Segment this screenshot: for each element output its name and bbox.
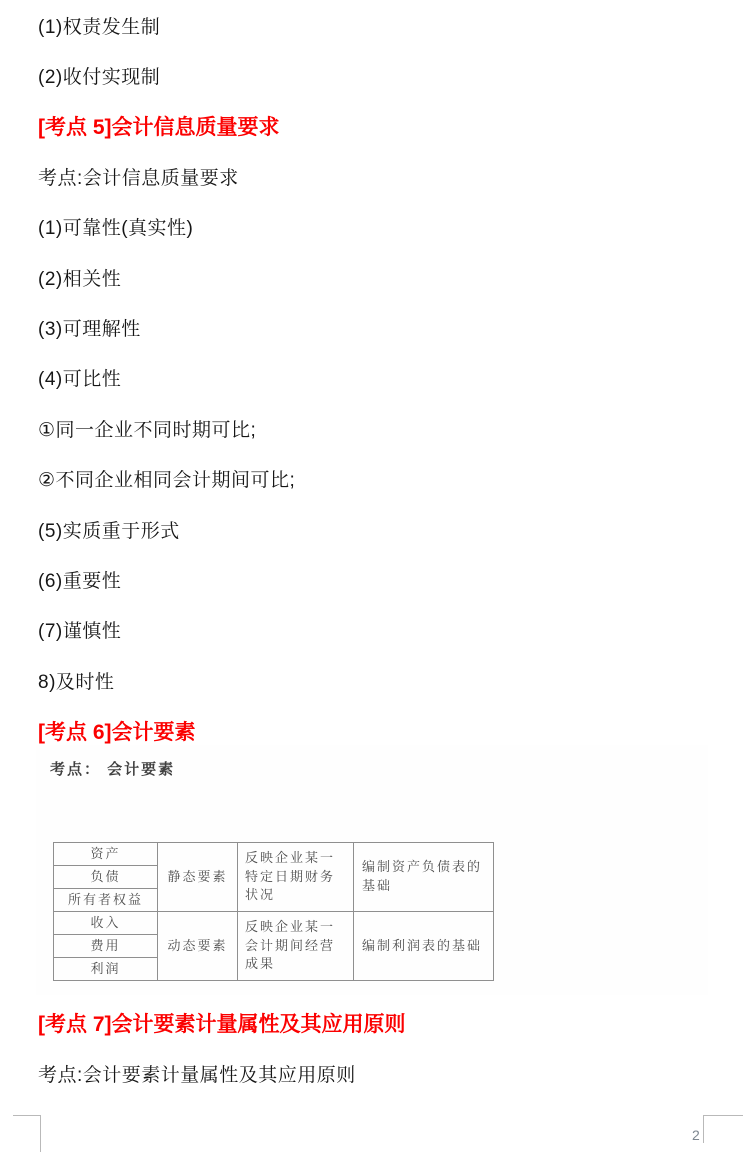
table-cell-revenue: 收入 (54, 912, 158, 935)
table-cell-expense: 费用 (54, 935, 158, 958)
paragraph-understandability: (3)可理解性 (0, 302, 744, 352)
paragraph-comparability: (4)可比性 (0, 353, 744, 403)
figure-caption: 考点： 会计要素 (50, 758, 175, 779)
paragraph-prudence: (7)谨慎性 (0, 605, 744, 655)
table-cell-equity: 所有者权益 (54, 889, 158, 912)
paragraph-timeliness: 8)及时性 (0, 655, 744, 705)
table-cell-liability: 负债 (54, 866, 158, 889)
text-block-bottom: [考点 7]会计要素计量属性及其应用原则 考点:会计要素计量属性及其应用原则 (0, 998, 744, 1098)
table-row: 资产 静态要素 反映企业某一特定日期财务状况 编制资产负债表的基础 (54, 843, 494, 866)
paragraph-relevance: (2)相关性 (0, 252, 744, 302)
heading-kaodian-5: [考点 5]会计信息质量要求 (0, 101, 744, 151)
paragraph-materiality: (6)重要性 (0, 554, 744, 604)
table-cell-dynamic-basis: 编制利润表的基础 (354, 912, 494, 981)
paragraph-reliability: (1)可靠性(真实性) (0, 202, 744, 252)
table-row: 收入 动态要素 反映企业某一会计期间经营成果 编制利润表的基础 (54, 912, 494, 935)
accounting-elements-table: 资产 静态要素 反映企业某一特定日期财务状况 编制资产负债表的基础 负债 所有者… (53, 842, 494, 981)
table-cell-static-category: 静态要素 (158, 843, 238, 912)
page-boundary-mark-right (703, 1115, 743, 1143)
table-cell-profit: 利润 (54, 958, 158, 981)
table-cell-dynamic-category: 动态要素 (158, 912, 238, 981)
table-cell-dynamic-desc: 反映企业某一会计期间经营成果 (238, 912, 354, 981)
embedded-scan-accounting-elements: 考点： 会计要素 资产 静态要素 反映企业某一特定日期财务状况 编制资产负债表的… (36, 745, 708, 995)
table-cell-static-basis: 编制资产负债表的基础 (354, 843, 494, 912)
paragraph-kaodian-7-subtitle: 考点:会计要素计量属性及其应用原则 (0, 1048, 744, 1098)
table-cell-asset: 资产 (54, 843, 158, 866)
page-boundary-mark-left (13, 1115, 41, 1152)
document-page: (1)权责发生制 (2)收付实现制 [考点 5]会计信息质量要求 考点:会计信息… (0, 0, 744, 1152)
paragraph-substance-over-form: (5)实质重于形式 (0, 504, 744, 554)
paragraph-kaodian-5-subtitle: 考点:会计信息质量要求 (0, 151, 744, 201)
text-block-top: (1)权责发生制 (2)收付实现制 [考点 5]会计信息质量要求 考点:会计信息… (0, 0, 744, 756)
paragraph-cash-basis: (2)收付实现制 (0, 50, 744, 100)
table-cell-static-desc: 反映企业某一特定日期财务状况 (238, 843, 354, 912)
page-number: 2 (692, 1127, 700, 1143)
paragraph-accrual-basis: (1)权责发生制 (0, 0, 744, 50)
heading-kaodian-7: [考点 7]会计要素计量属性及其应用原则 (0, 998, 744, 1048)
paragraph-comparability-item1: ①同一企业不同时期可比; (0, 403, 744, 453)
paragraph-comparability-item2: ②不同企业相同会计期间可比; (0, 454, 744, 504)
